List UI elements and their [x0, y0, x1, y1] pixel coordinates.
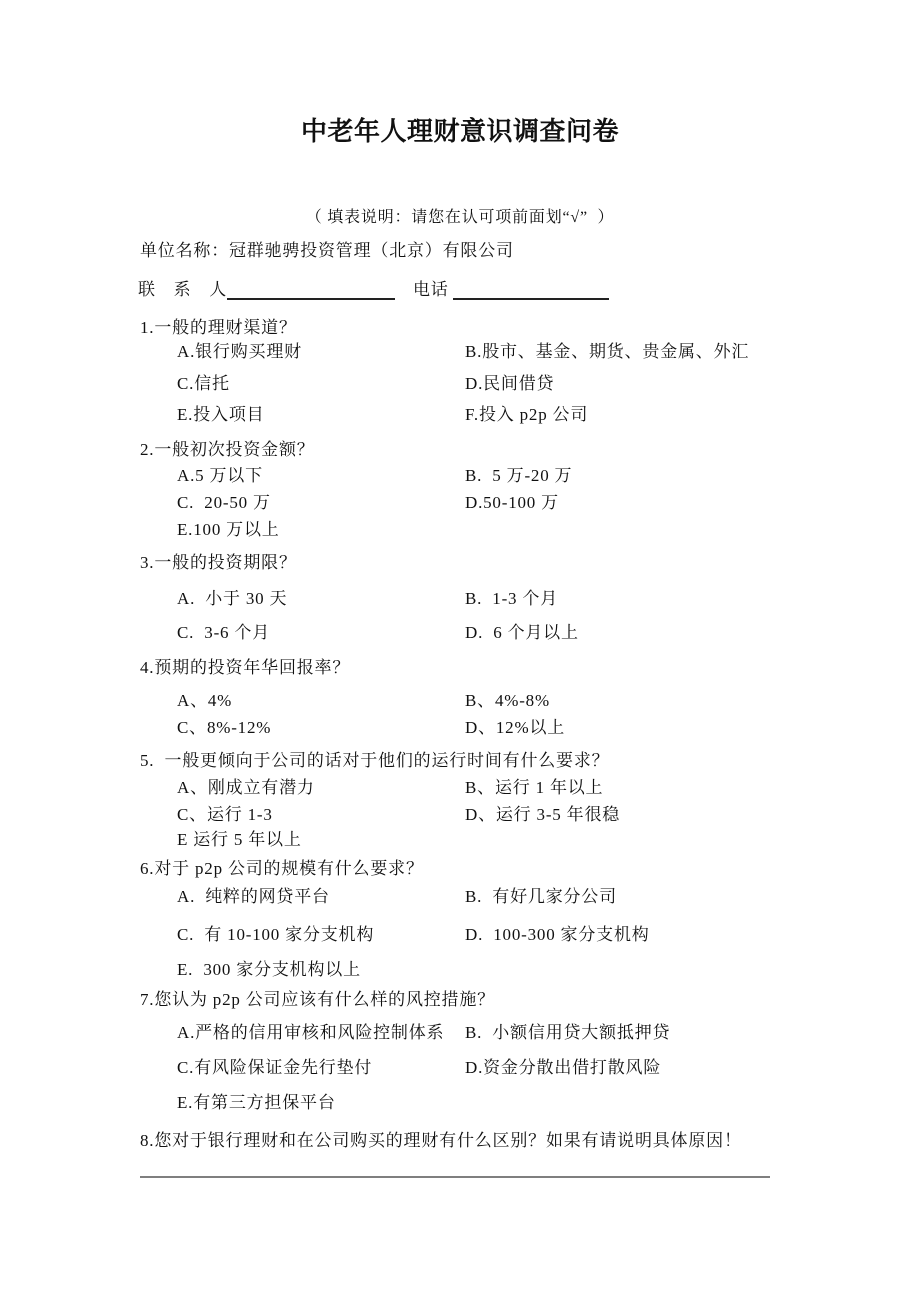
question-6-option-e: E. 300 家分支机构以上	[177, 960, 465, 980]
question-6-option-b: B. 有好几家分公司	[465, 887, 617, 906]
question-4-option-b: B、4%-8%	[465, 691, 550, 710]
question-7-row-3: E.有第三方担保平台	[177, 1093, 817, 1113]
question-1-row-1: A.银行购买理财B.股市、基金、期货、贵金属、外汇	[177, 342, 817, 362]
question-2-option-a: A.5 万以下	[177, 466, 465, 486]
question-3-row-2: C. 3-6 个月D. 6 个月以上	[177, 623, 817, 643]
question-3-option-a: A. 小于 30 天	[177, 589, 465, 609]
question-7-option-b: B. 小额信用贷大额抵押贷	[465, 1023, 670, 1042]
question-2-option-e: E.100 万以上	[177, 520, 465, 540]
question-4: 4.预期的投资年华回报率？	[140, 658, 350, 678]
question-6-option-a: A. 纯粹的网贷平台	[177, 887, 465, 907]
unit-name-line: 单位名称：冠群驰骋投资管理（北京）有限公司	[140, 241, 514, 261]
question-1-option-e: E.投入项目	[177, 405, 465, 425]
question-5-option-b: B、运行 1 年以上	[465, 778, 603, 797]
question-2: 2.一般初次投资金额？	[140, 440, 315, 460]
question-1-option-a: A.银行购买理财	[177, 342, 465, 362]
question-4-option-a: A、4%	[177, 691, 465, 711]
question-6-row-1: A. 纯粹的网贷平台B. 有好几家分公司	[177, 887, 817, 907]
page-title: 中老年人理财意识调查问卷	[0, 115, 920, 149]
question-4-row-1: A、4%B、4%-8%	[177, 691, 817, 711]
question-5: 5. 一般更倾向于公司的话对于他们的运行时间有什么要求？	[140, 751, 609, 771]
question-1-option-d: D.民间借贷	[465, 374, 554, 393]
question-2-row-1: A.5 万以下B. 5 万-20 万	[177, 466, 817, 486]
question-3-row-1: A. 小于 30 天B. 1-3 个月	[177, 589, 817, 609]
question-8: 8.您对于银行理财和在公司购买的理财有什么区别？如果有请说明具体原因！	[140, 1131, 742, 1151]
question-1-option-f: F.投入 p2p 公司	[465, 405, 588, 424]
question-7: 7.您认为 p2p 公司应该有什么样的风控措施？	[140, 990, 495, 1010]
question-6-option-c: C. 有 10-100 家分支机构	[177, 925, 465, 945]
contact-line: 联 系 人电话	[138, 280, 609, 300]
phone-label: 电话	[413, 280, 449, 299]
question-2-row-3: E.100 万以上	[177, 520, 817, 540]
question-5-option-c: C、运行 1-3	[177, 805, 465, 825]
question-7-option-d: D.资金分散出借打散风险	[465, 1058, 661, 1077]
question-1-row-2: C.信托D.民间借贷	[177, 374, 817, 394]
question-4-option-c: C、8%-12%	[177, 718, 465, 738]
question-7-option-c: C.有风险保证金先行垫付	[177, 1058, 465, 1078]
question-5-row-3: E 运行 5 年以上	[177, 830, 817, 850]
contact-person-blank[interactable]	[227, 281, 395, 300]
question-1: 1.一般的理财渠道？	[140, 318, 297, 338]
question-2-option-c: C. 20-50 万	[177, 493, 465, 513]
question-7-option-a: A.严格的信用审核和风险控制体系	[177, 1023, 465, 1043]
question-4-row-2: C、8%-12%D、12%以上	[177, 718, 817, 738]
question-5-row-1: A、刚成立有潜力B、运行 1 年以上	[177, 778, 817, 798]
question-3-option-d: D. 6 个月以上	[465, 623, 579, 642]
question-2-option-d: D.50-100 万	[465, 493, 559, 512]
question-7-row-1: A.严格的信用审核和风险控制体系B. 小额信用贷大额抵押贷	[177, 1023, 817, 1043]
question-3: 3.一般的投资期限？	[140, 553, 297, 573]
questionnaire-document: 中老年人理财意识调查问卷 （ 填表说明：请您在认可项前面划“√” ） 单位名称：…	[0, 0, 920, 1302]
question-5-row-2: C、运行 1-3D、运行 3-5 年很稳	[177, 805, 817, 825]
question-2-row-2: C. 20-50 万D.50-100 万	[177, 493, 817, 513]
question-7-row-2: C.有风险保证金先行垫付D.资金分散出借打散风险	[177, 1058, 817, 1078]
question-6-row-2: C. 有 10-100 家分支机构D. 100-300 家分支机构	[177, 925, 817, 945]
question-5-option-e: E 运行 5 年以上	[177, 830, 465, 850]
question-7-option-e: E.有第三方担保平台	[177, 1093, 465, 1113]
question-1-row-3: E.投入项目F.投入 p2p 公司	[177, 405, 817, 425]
question-3-option-c: C. 3-6 个月	[177, 623, 465, 643]
question-1-option-c: C.信托	[177, 374, 465, 394]
contact-person-label: 联 系 人	[138, 280, 227, 299]
question-3-option-b: B. 1-3 个月	[465, 589, 558, 608]
phone-blank[interactable]	[453, 281, 609, 300]
question-6-row-3: E. 300 家分支机构以上	[177, 960, 817, 980]
question-1-option-b: B.股市、基金、期货、贵金属、外汇	[465, 342, 749, 361]
question-6-option-d: D. 100-300 家分支机构	[465, 925, 650, 944]
question-4-option-d: D、12%以上	[465, 718, 565, 737]
question-2-option-b: B. 5 万-20 万	[465, 466, 572, 485]
fill-instruction: （ 填表说明：请您在认可项前面划“√” ）	[0, 207, 920, 229]
question-5-option-a: A、刚成立有潜力	[177, 778, 465, 798]
question-5-option-d: D、运行 3-5 年很稳	[465, 805, 620, 824]
answer-blank-line[interactable]	[140, 1164, 770, 1178]
question-6: 6.对于 p2p 公司的规模有什么要求？	[140, 859, 424, 879]
